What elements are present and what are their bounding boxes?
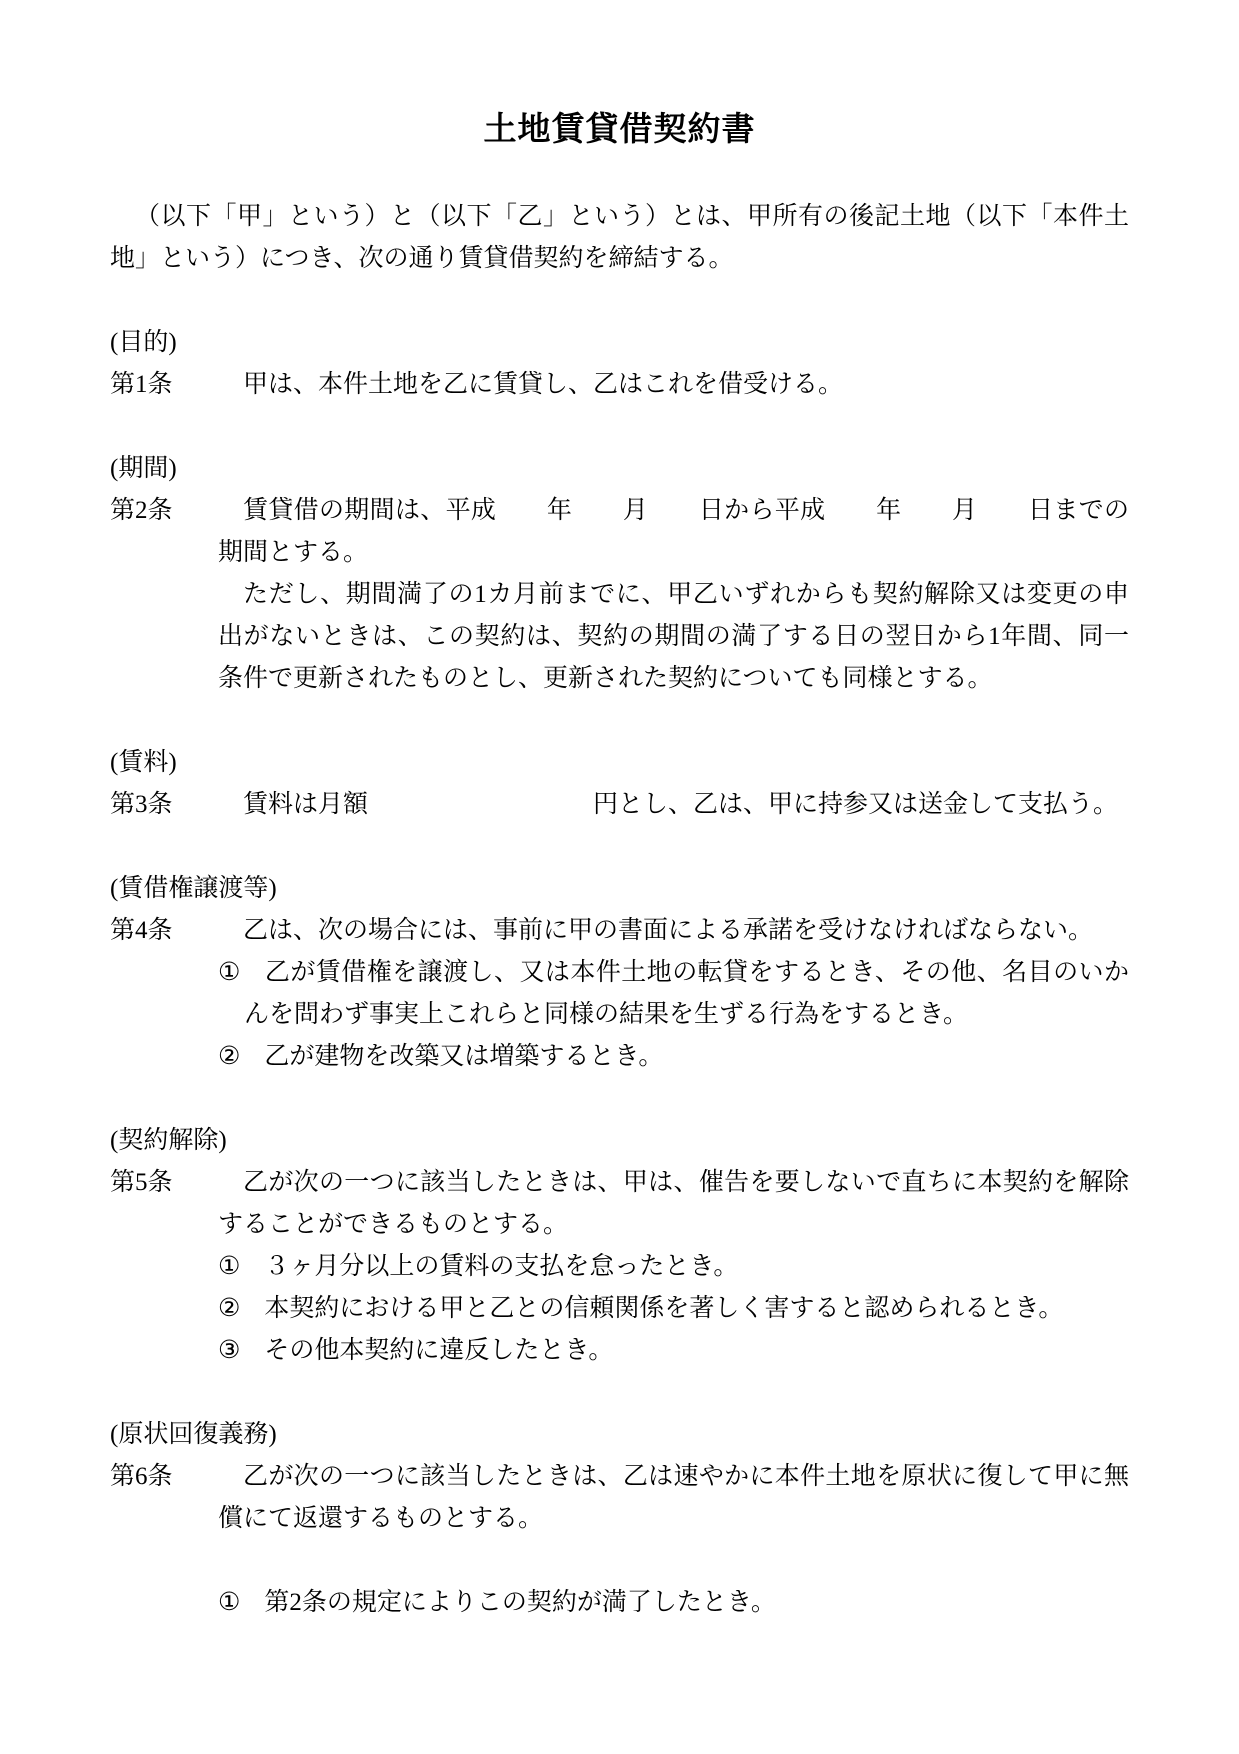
article-label: 第6条 bbox=[110, 1456, 218, 1624]
article-label: 第5条 bbox=[110, 1162, 218, 1372]
item-marker: ② bbox=[218, 1043, 240, 1070]
item-text: その他本契約に違反したとき。 bbox=[264, 1337, 613, 1364]
item-text: 乙が建物を改築又は増築するとき。 bbox=[264, 1043, 663, 1070]
item-marker: ① bbox=[218, 1253, 240, 1280]
article-body: 乙は、次の場合には、事前に甲の書面による承諾を受けなければならない。 ①乙が賃借… bbox=[218, 910, 1129, 1078]
article-label: 第4条 bbox=[110, 910, 218, 1078]
section-restoration: (原状回復義務) 第6条 乙が次の一つに該当したときは、乙は速やかに本件土地を原… bbox=[110, 1414, 1129, 1624]
article-3: 第3条 賃料は月額 円とし、乙は、甲に持参又は送金して支払う。 bbox=[110, 784, 1129, 826]
item-text: 乙が賃借権を譲渡し、又は本件土地の転貸をするとき、その他、名目のいかんを問わず事… bbox=[244, 959, 1129, 1028]
article-paragraph: 賃貸借の期間は、平成 年 月 日から平成 年 月 日までの期間とする。 bbox=[218, 490, 1129, 574]
article-paragraph: 乙が次の一つに該当したときは、乙は速やかに本件土地を原状に復して甲に無償にて返還… bbox=[218, 1456, 1129, 1540]
article-paragraph: 乙は、次の場合には、事前に甲の書面による承諾を受けなければならない。 bbox=[218, 910, 1129, 952]
section-purpose: (目的) 第1条 甲は、本件土地を乙に賃貸し、乙はこれを借受ける。 bbox=[110, 322, 1129, 406]
item-marker: ① bbox=[218, 959, 241, 986]
section-heading: (原状回復義務) bbox=[110, 1414, 1129, 1456]
article-6: 第6条 乙が次の一つに該当したときは、乙は速やかに本件土地を原状に復して甲に無償… bbox=[110, 1456, 1129, 1624]
article-label: 第2条 bbox=[110, 490, 218, 700]
article-1: 第1条 甲は、本件土地を乙に賃貸し、乙はこれを借受ける。 bbox=[110, 364, 1129, 406]
list-item: ②乙が建物を改築又は増築するとき。 bbox=[218, 1036, 1129, 1078]
section-term: (期間) 第2条 賃貸借の期間は、平成 年 月 日から平成 年 月 日までの期間… bbox=[110, 448, 1129, 700]
article-paragraph: 甲は、本件土地を乙に賃貸し、乙はこれを借受ける。 bbox=[218, 364, 1129, 406]
section-heading: (契約解除) bbox=[110, 1120, 1129, 1162]
article-5: 第5条 乙が次の一つに該当したときは、甲は、催告を要しないで直ちに本契約を解除す… bbox=[110, 1162, 1129, 1372]
item-text: 第2条の規定によりこの契約が満了したとき。 bbox=[264, 1589, 776, 1616]
preamble-paragraph: （以下「甲」という）と（以下「乙」という）とは、甲所有の後記土地（以下「本件土地… bbox=[110, 196, 1129, 280]
article-label: 第3条 bbox=[110, 784, 218, 826]
item-text: ３ヶ月分以上の賃料の支払を怠ったとき。 bbox=[264, 1253, 738, 1280]
article-2: 第2条 賃貸借の期間は、平成 年 月 日から平成 年 月 日までの期間とする。 … bbox=[110, 490, 1129, 700]
list-item: ①３ヶ月分以上の賃料の支払を怠ったとき。 bbox=[218, 1246, 1129, 1288]
contract-document-page: 土地賃貸借契約書 （以下「甲」という）と（以下「乙」という）とは、甲所有の後記土… bbox=[0, 0, 1239, 1754]
item-marker: ③ bbox=[218, 1337, 240, 1364]
article-body: 乙が次の一つに該当したときは、甲は、催告を要しないで直ちに本契約を解除することが… bbox=[218, 1162, 1129, 1372]
section-heading: (目的) bbox=[110, 322, 1129, 364]
article-paragraph: 乙が次の一つに該当したときは、甲は、催告を要しないで直ちに本契約を解除することが… bbox=[218, 1162, 1129, 1246]
list-item: ①乙が賃借権を譲渡し、又は本件土地の転貸をするとき、その他、名目のいかんを問わず… bbox=[218, 952, 1129, 1036]
article-body: 乙が次の一つに該当したときは、乙は速やかに本件土地を原状に復して甲に無償にて返還… bbox=[218, 1456, 1129, 1624]
section-lease-transfer: (賃借権譲渡等) 第4条 乙は、次の場合には、事前に甲の書面による承諾を受けなけ… bbox=[110, 868, 1129, 1078]
list-item: ②本契約における甲と乙との信頼関係を著しく害すると認められるとき。 bbox=[218, 1288, 1129, 1330]
article-body: 賃貸借の期間は、平成 年 月 日から平成 年 月 日までの期間とする。 ただし、… bbox=[218, 490, 1129, 700]
document-title: 土地賃貸借契約書 bbox=[110, 106, 1129, 154]
section-heading: (期間) bbox=[110, 448, 1129, 490]
article-paragraph: ただし、期間満了の1カ月前までに、甲乙いずれからも契約解除又は変更の申出がないと… bbox=[218, 574, 1129, 700]
section-rent: (賃料) 第3条 賃料は月額 円とし、乙は、甲に持参又は送金して支払う。 bbox=[110, 742, 1129, 826]
list-item: ③その他本契約に違反したとき。 bbox=[218, 1330, 1129, 1372]
section-heading: (賃借権譲渡等) bbox=[110, 868, 1129, 910]
section-heading: (賃料) bbox=[110, 742, 1129, 784]
article-paragraph: 賃料は月額 円とし、乙は、甲に持参又は送金して支払う。 bbox=[218, 784, 1129, 826]
article-body: 甲は、本件土地を乙に賃貸し、乙はこれを借受ける。 bbox=[218, 364, 1129, 406]
article-label: 第1条 bbox=[110, 364, 218, 406]
article-body: 賃料は月額 円とし、乙は、甲に持参又は送金して支払う。 bbox=[218, 784, 1129, 826]
item-marker: ② bbox=[218, 1295, 240, 1322]
article-4: 第4条 乙は、次の場合には、事前に甲の書面による承諾を受けなければならない。 ①… bbox=[110, 910, 1129, 1078]
section-termination: (契約解除) 第5条 乙が次の一つに該当したときは、甲は、催告を要しないで直ちに… bbox=[110, 1120, 1129, 1372]
list-item: ①第2条の規定によりこの契約が満了したとき。 bbox=[218, 1582, 1129, 1624]
item-marker: ① bbox=[218, 1589, 240, 1616]
item-text: 本契約における甲と乙との信頼関係を著しく害すると認められるとき。 bbox=[264, 1295, 1063, 1322]
